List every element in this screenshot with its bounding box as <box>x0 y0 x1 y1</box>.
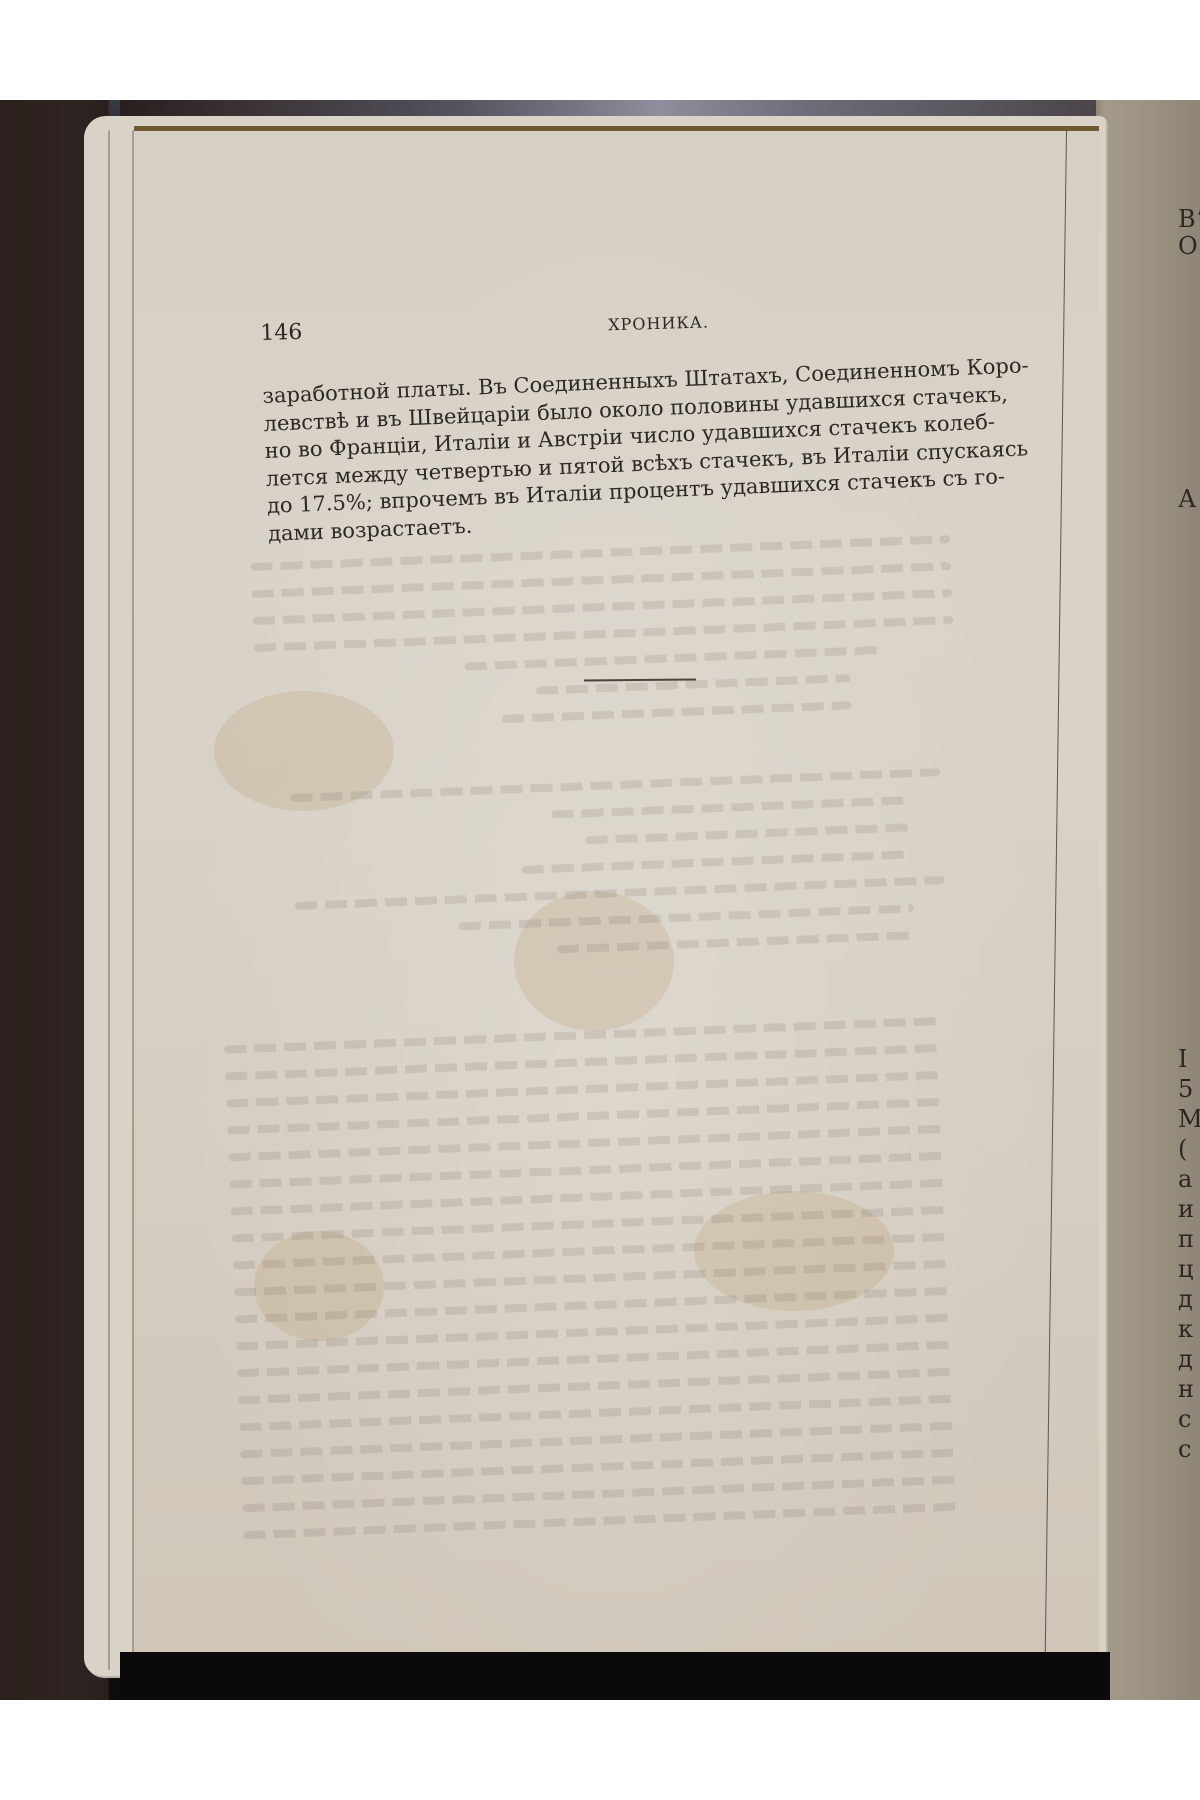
show-through-text <box>250 535 957 752</box>
facing-page-glyph: 5 <box>1178 1075 1193 1103</box>
facing-page-glyph: а <box>1178 1165 1192 1193</box>
body-paragraph: заработной платы. Въ Соединенныхъ Штатах… <box>262 352 1028 547</box>
book-photo: Вʼ О А I 5 M ( а и п ц д к д н с с <box>0 100 1200 1700</box>
facing-page-glyph: Вʼ <box>1178 205 1200 233</box>
facing-page-glyph: с <box>1178 1435 1191 1463</box>
facing-page-glyph: О <box>1178 232 1198 260</box>
facing-page-edge: Вʼ О А I 5 M ( а и п ц д к д н с с <box>1096 100 1200 1700</box>
sheet-edge <box>108 130 110 1670</box>
page-header: 146 ХРОНИКА. <box>260 299 1040 321</box>
book-page: 146 ХРОНИКА. заработной платы. Въ Соедин… <box>134 126 1099 1661</box>
show-through-text <box>224 1017 964 1558</box>
facing-page-glyph: I <box>1178 1045 1187 1073</box>
facing-page-glyph: д <box>1178 1345 1193 1373</box>
facing-page-glyph: и <box>1178 1195 1194 1223</box>
facing-page-glyph: д <box>1178 1285 1193 1313</box>
page-number: 146 <box>260 320 303 346</box>
facing-page-glyph: ( <box>1178 1135 1187 1163</box>
facing-page-glyph: А <box>1178 485 1196 513</box>
facing-page-glyph: M <box>1178 1105 1200 1133</box>
book-shadow-bottom <box>120 1652 1110 1700</box>
facing-page-glyph: ц <box>1178 1255 1193 1283</box>
show-through-text <box>290 768 947 983</box>
facing-page-glyph: к <box>1178 1315 1193 1343</box>
facing-page-glyph: с <box>1178 1405 1191 1433</box>
facing-page-glyph: н <box>1178 1375 1194 1403</box>
running-title: ХРОНИКА. <box>608 312 709 334</box>
facing-page-glyph: п <box>1178 1225 1194 1253</box>
page-fold-line <box>1045 131 1067 1661</box>
